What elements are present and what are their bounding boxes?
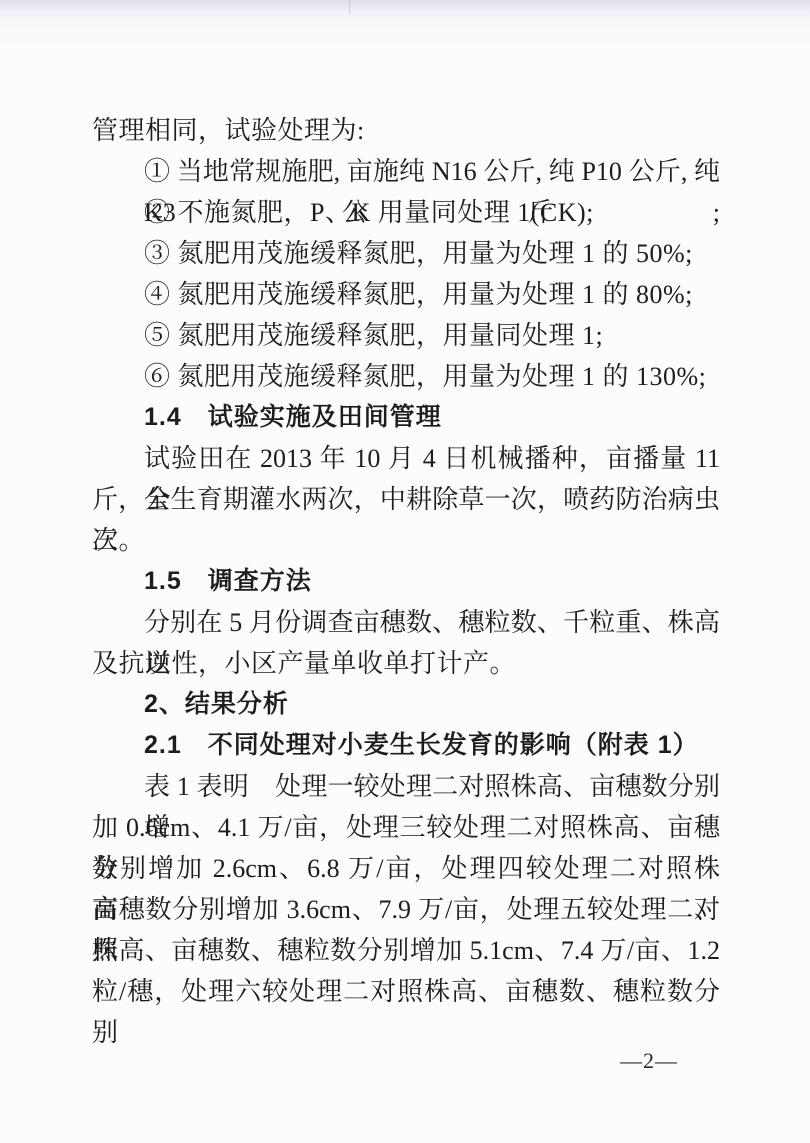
text-line: 株高、亩穗数、穗粒数分别增加 5.1cm、7.4 万/亩、1.2: [92, 930, 720, 971]
text-line: ③ 氮肥用茂施缓释氮肥，用量为处理 1 的 50%;: [92, 233, 720, 274]
text-line: 1.5 调查方法: [92, 561, 720, 602]
text-line: 亩穗数分别增加 3.6cm、7.9 万/亩，处理五较处理二对照: [92, 889, 720, 930]
text-line: 粒/穗，处理六较处理二对照株高、亩穗数、穗粒数分别: [92, 971, 720, 1012]
text-line: ⑥ 氮肥用茂施缓释氮肥，用量为处理 1 的 130%;: [92, 356, 720, 397]
text-line: 及抗逆性，小区产量单收单打计产。: [92, 643, 720, 684]
text-line: 分别增加 2.6cm、6.8 万/亩，处理四较处理二对照株高、: [92, 848, 720, 889]
text-line: 斤，全生育期灌水两次，中耕除草一次，喷药防治病虫三: [92, 479, 720, 520]
text-line: 1.4 试验实施及田间管理: [92, 397, 720, 438]
text-body: 管理相同，试验处理为:① 当地常规施肥, 亩施纯 N16 公斤, 纯 P10 公…: [92, 110, 720, 1012]
text-line: 次。: [92, 520, 720, 561]
text-line: 管理相同，试验处理为:: [92, 110, 720, 151]
scan-shadow-band: [0, 0, 810, 48]
text-line: 试验田在 2013 年 10 月 4 日机械播种，亩播量 11 公: [92, 438, 720, 479]
text-line: 2、结果分析: [92, 684, 720, 725]
document-page: 管理相同，试验处理为:① 当地常规施肥, 亩施纯 N16 公斤, 纯 P10 公…: [0, 0, 810, 1143]
text-line: 表 1 表明 处理一较处理二对照株高、亩穗数分别增: [92, 766, 720, 807]
text-line: 分别在 5 月份调查亩穗数、穗粒数、千粒重、株高以: [92, 602, 720, 643]
text-line: 加 0.6cm、4.1 万/亩，处理三较处理二对照株高、亩穗数: [92, 807, 720, 848]
text-line: ④ 氮肥用茂施缓释氮肥，用量为处理 1 的 80%;: [92, 274, 720, 315]
text-line: ① 当地常规施肥, 亩施纯 N16 公斤, 纯 P10 公斤, 纯 K3 公斤;: [92, 151, 720, 192]
text-line: ⑤ 氮肥用茂施缓释氮肥，用量同处理 1;: [92, 315, 720, 356]
page-number: —2—: [620, 1048, 678, 1074]
text-line: 2.1 不同处理对小麦生长发育的影响（附表 1）: [92, 725, 720, 766]
